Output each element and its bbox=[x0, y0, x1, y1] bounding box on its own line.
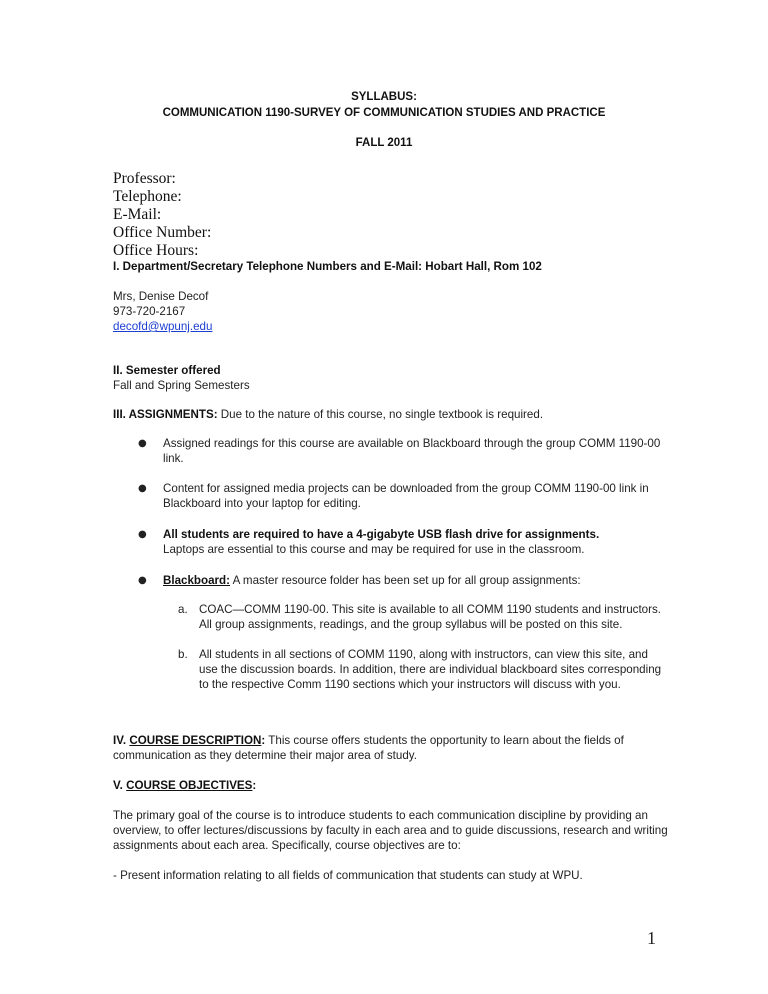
section-number: V. bbox=[113, 779, 126, 792]
course-objectives-heading-row: V. COURSE OBJECTIVES: bbox=[113, 778, 673, 793]
professor-label: Professor: bbox=[113, 170, 211, 188]
secretary-name: Mrs, Denise Decof bbox=[113, 289, 673, 304]
course-description-section: IV. COURSE DESCRIPTION: This course offe… bbox=[113, 733, 673, 763]
email-label: E-Mail: bbox=[113, 206, 211, 224]
document-page: SYLLABUS: COMMUNICATION 1190-SURVEY OF C… bbox=[0, 0, 768, 994]
course-title: COMMUNICATION 1190-SURVEY OF COMMUNICATI… bbox=[100, 107, 668, 119]
section-number: IV. bbox=[113, 734, 129, 747]
semester-heading: II. Semester offered bbox=[113, 363, 673, 378]
assignments-intro: III. ASSIGNMENTS: Due to the nature of t… bbox=[113, 407, 673, 422]
section-department-heading: I. Department/Secretary Telephone Number… bbox=[113, 259, 673, 274]
bullet-text: Assigned readings for this course are av… bbox=[163, 436, 683, 466]
bullet-icon: ● bbox=[138, 527, 147, 542]
term-label: FALL 2011 bbox=[100, 137, 668, 149]
bullet-text: All students are required to have a 4-gi… bbox=[163, 527, 683, 557]
sub-marker: b. bbox=[178, 647, 188, 662]
telephone-label: Telephone: bbox=[113, 188, 211, 206]
assignments-heading: III. ASSIGNMENTS: bbox=[113, 408, 218, 421]
sub-marker: a. bbox=[178, 602, 188, 617]
sub-text: COAC—COMM 1190-00. This site is availabl… bbox=[199, 602, 669, 632]
semester-text: Fall and Spring Semesters bbox=[113, 378, 673, 393]
laptop-note: Laptops are essential to this course and… bbox=[163, 542, 683, 557]
course-objectives-heading: COURSE OBJECTIVES bbox=[126, 779, 252, 792]
blackboard-label: Blackboard: bbox=[163, 574, 230, 587]
bullet-text: Content for assigned media projects can … bbox=[163, 481, 683, 511]
professor-contact-block: Professor: Telephone: E-Mail: Office Num… bbox=[113, 170, 211, 260]
heading-colon: : bbox=[252, 779, 256, 792]
sub-text: All students in all sections of COMM 119… bbox=[199, 647, 669, 692]
bullet-icon: ● bbox=[138, 481, 147, 496]
course-description-heading: COURSE DESCRIPTION bbox=[129, 734, 261, 747]
secretary-phone: 973-720-2167 bbox=[113, 304, 673, 319]
usb-requirement: All students are required to have a 4-gi… bbox=[163, 527, 683, 542]
page-number: 1 bbox=[647, 928, 656, 949]
syllabus-label: SYLLABUS: bbox=[100, 91, 668, 103]
blackboard-text: A master resource folder has been set up… bbox=[230, 574, 581, 587]
bullet-icon: ● bbox=[138, 573, 147, 588]
bullet-text: Blackboard: A master resource folder has… bbox=[163, 573, 683, 588]
secretary-email-link[interactable]: decofd@wpunj.edu bbox=[113, 320, 212, 333]
bullet-icon: ● bbox=[138, 436, 147, 451]
objective-item: - Present information relating to all fi… bbox=[113, 868, 673, 883]
course-objectives-paragraph: The primary goal of the course is to int… bbox=[113, 808, 673, 853]
office-hours-label: Office Hours: bbox=[113, 242, 211, 260]
office-number-label: Office Number: bbox=[113, 224, 211, 242]
assignments-text: Due to the nature of this course, no sin… bbox=[218, 408, 543, 421]
semester-section: II. Semester offered Fall and Spring Sem… bbox=[113, 363, 673, 393]
secretary-info: Mrs, Denise Decof 973-720-2167 decofd@wp… bbox=[113, 289, 673, 334]
